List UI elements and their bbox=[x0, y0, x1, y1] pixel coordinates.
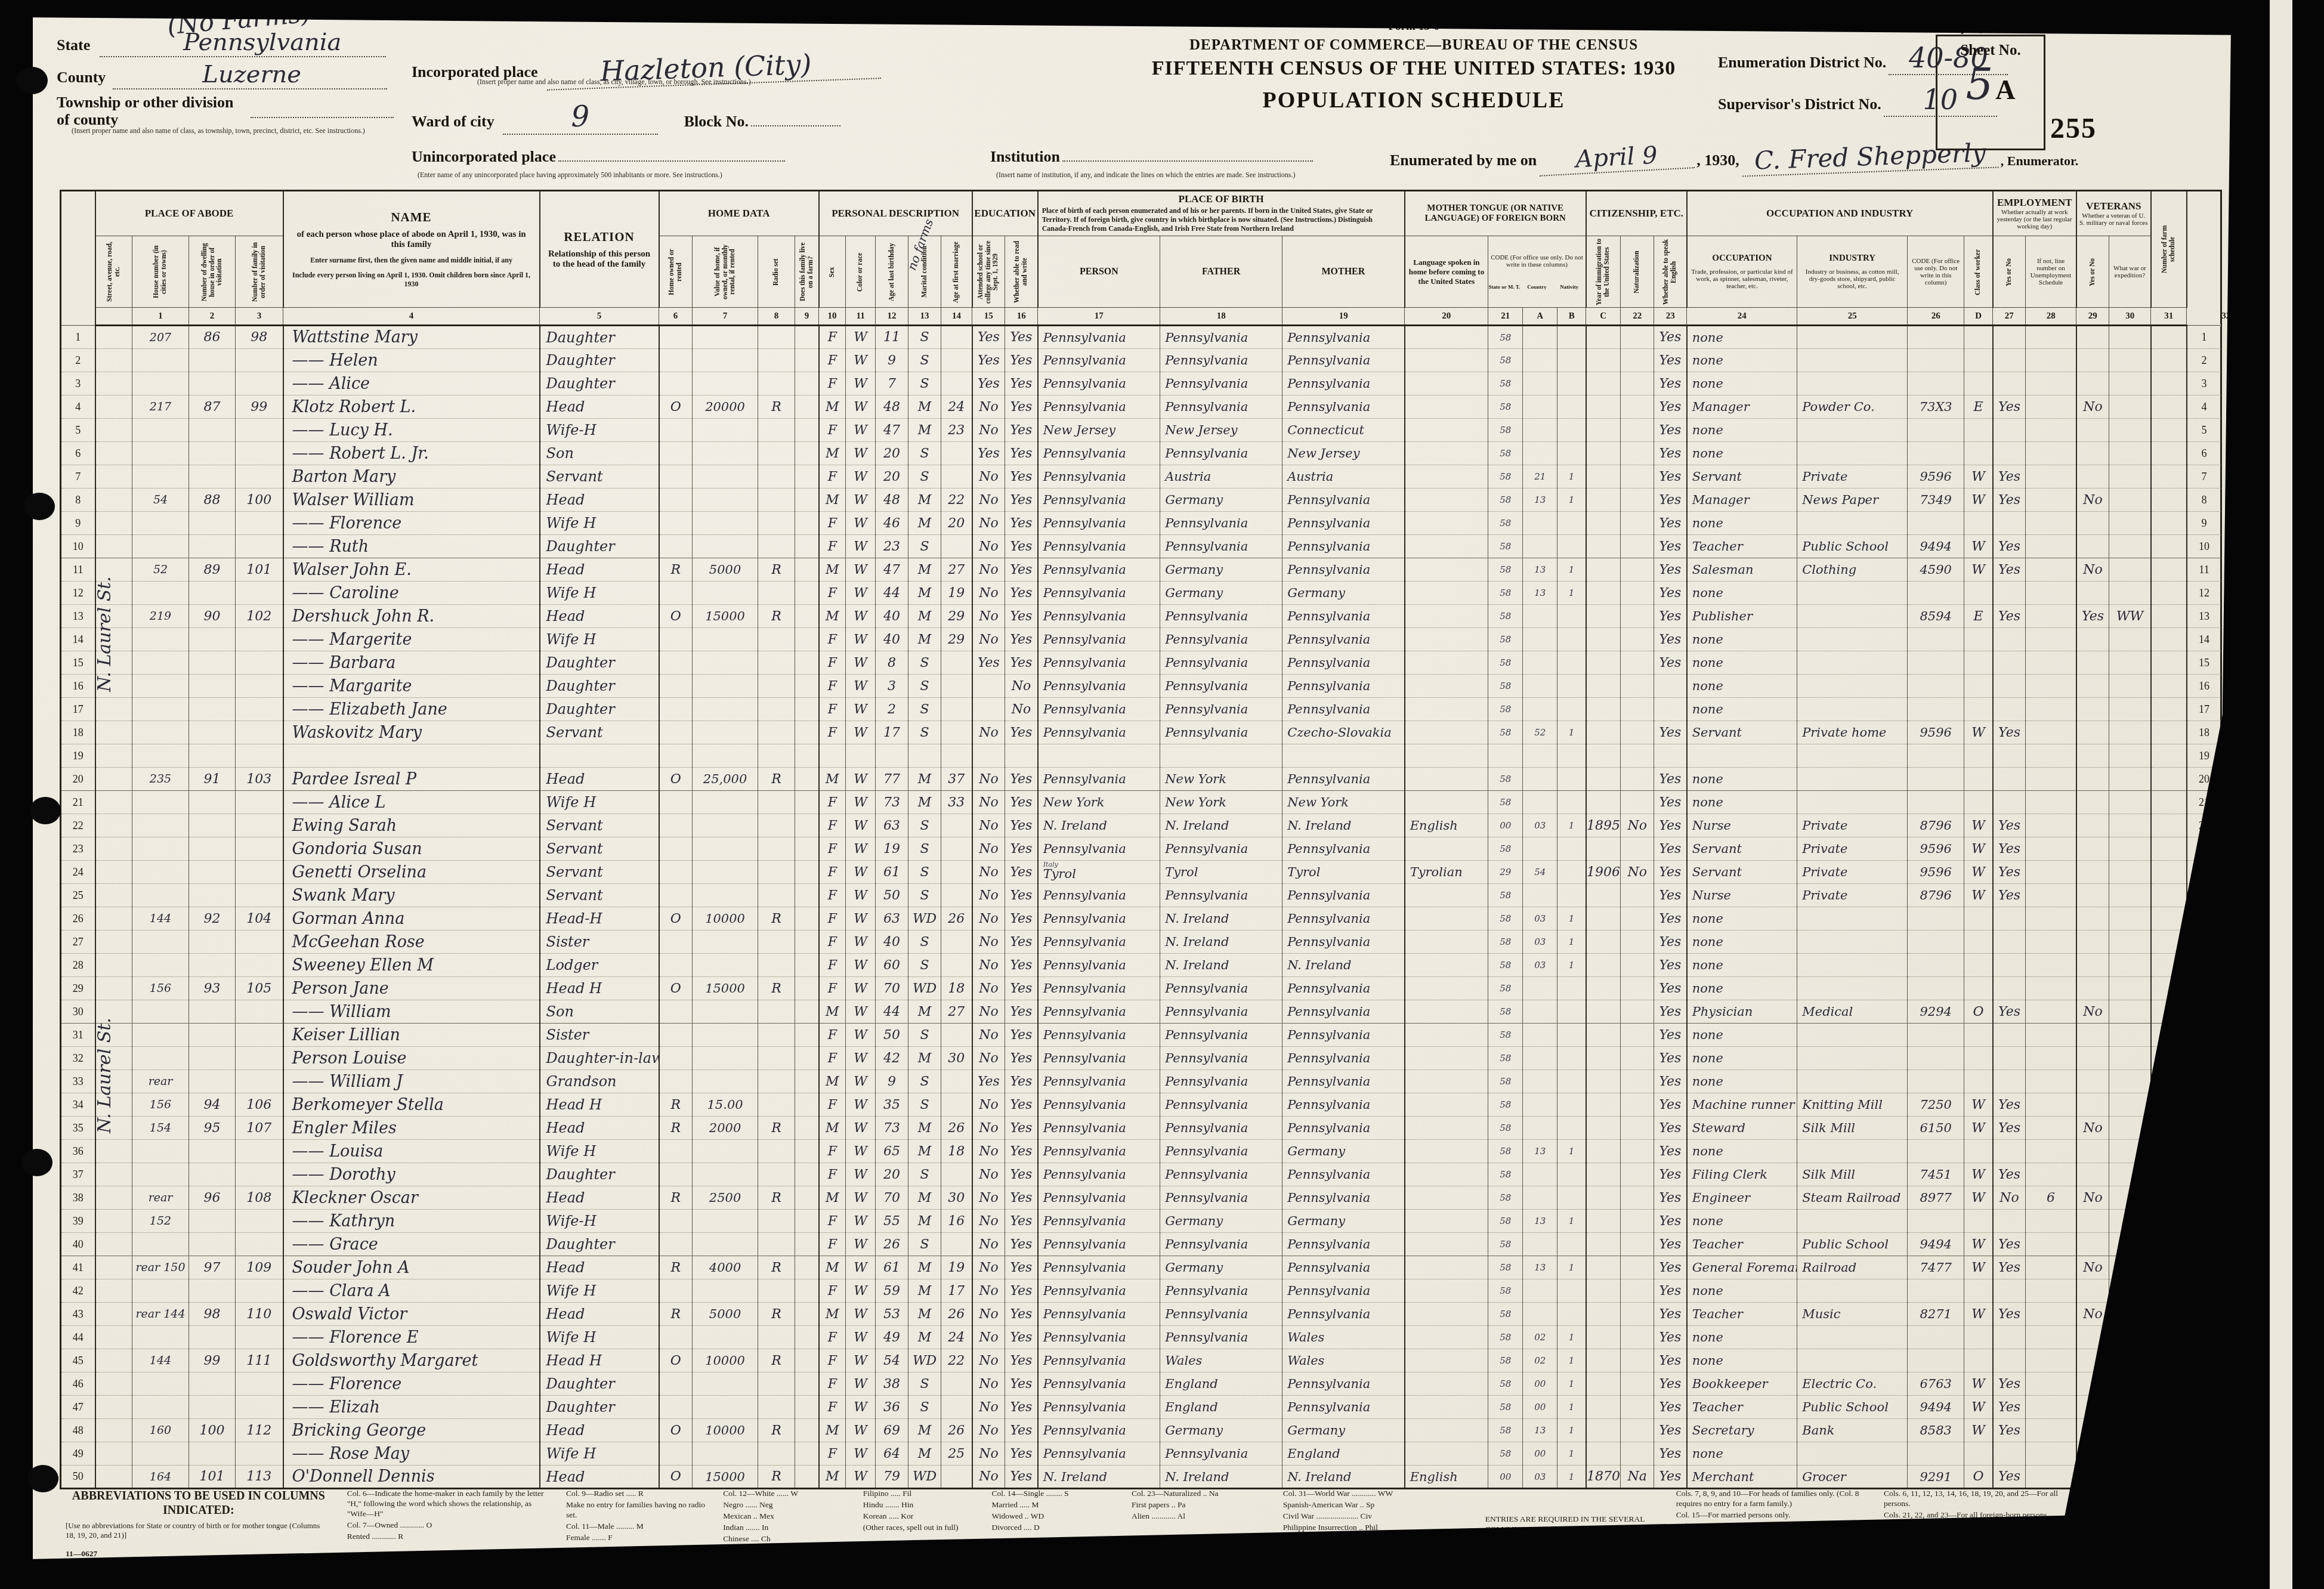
cell-rad bbox=[758, 721, 795, 744]
cell-bpp: Pennsylvania bbox=[1038, 1000, 1160, 1024]
cell-own bbox=[659, 651, 693, 675]
cell-imm bbox=[1586, 1070, 1621, 1093]
cell-bpf: Pennsylvania bbox=[1160, 605, 1282, 628]
cell-d bbox=[189, 1396, 236, 1419]
cell-cc bbox=[1557, 977, 1586, 1000]
cell-bpm: Wales bbox=[1282, 1349, 1405, 1372]
cell-w bbox=[1993, 1279, 2026, 1303]
cell-w: Yes bbox=[1993, 1256, 2026, 1279]
cell-bpm: Pennsylvania bbox=[1282, 326, 1405, 349]
table-row: 23Gondoria SusanServantFW19SNoYesPennsyl… bbox=[61, 837, 2221, 861]
cell-age: 40 bbox=[876, 628, 908, 651]
cell-ca: 58 bbox=[1488, 1117, 1523, 1140]
cell-cc: 1 bbox=[1557, 954, 1586, 977]
cell-eng: Yes bbox=[1654, 372, 1687, 395]
cell-imm bbox=[1586, 907, 1621, 930]
line-number: 2 bbox=[61, 349, 95, 372]
cell-w bbox=[1993, 628, 2026, 651]
cell-h: 144 bbox=[132, 1349, 189, 1372]
cell-sch: No bbox=[972, 1396, 1005, 1419]
cell-eng: Yes bbox=[1654, 1442, 1687, 1466]
cell-ind bbox=[1797, 1349, 1908, 1372]
cell-n: —— Elizabeth Jane bbox=[283, 698, 540, 721]
cell-bpm: Pennsylvania bbox=[1282, 1233, 1405, 1256]
cell-cls bbox=[1964, 349, 1993, 372]
cell-imm bbox=[1586, 1303, 1621, 1326]
cell-vet bbox=[2076, 372, 2109, 395]
cell-cb bbox=[1523, 628, 1557, 651]
col-class-of-worker-header: Class of worker bbox=[1964, 236, 1993, 308]
cell-lang bbox=[1405, 535, 1488, 558]
cell-imm bbox=[1586, 628, 1621, 651]
cell-sch: No bbox=[972, 1233, 1005, 1256]
cell-age: 49 bbox=[876, 1326, 908, 1349]
col-occupation-header: OCCUPATION Trade, profession, or particu… bbox=[1687, 236, 1797, 308]
cell-cls bbox=[1964, 744, 1993, 768]
cell-age: 69 bbox=[876, 1419, 908, 1442]
col-age-header: Age at last birthday bbox=[876, 236, 908, 308]
cell-bpf: New York bbox=[1160, 768, 1282, 791]
cell-rw: Yes bbox=[1005, 1210, 1038, 1233]
cell-w: Yes bbox=[1993, 884, 2026, 907]
cell-sch: No bbox=[972, 558, 1005, 582]
cell-age: 9 bbox=[876, 1070, 908, 1093]
cell-rw: Yes bbox=[1005, 1419, 1038, 1442]
cell-street bbox=[95, 1419, 132, 1442]
cell-cc: 1 bbox=[1557, 1326, 1586, 1349]
hole-punch bbox=[30, 797, 61, 824]
table-row: 40—— GraceDaughterFW26SNoYesPennsylvania… bbox=[61, 1233, 2221, 1256]
cell-n: —— Robert L. Jr. bbox=[283, 442, 540, 465]
column-number: 29 bbox=[2076, 308, 2109, 326]
cell-u bbox=[2026, 628, 2076, 651]
cell-own bbox=[659, 419, 693, 442]
cell-rad bbox=[758, 1093, 795, 1117]
cell-cls: W bbox=[1964, 465, 1993, 489]
cell-occ: none bbox=[1687, 419, 1797, 442]
cell-age: 65 bbox=[876, 1140, 908, 1163]
cell-cls bbox=[1964, 628, 1993, 651]
cell-own bbox=[659, 628, 693, 651]
cell-f bbox=[236, 419, 283, 442]
cell-rw: Yes bbox=[1005, 628, 1038, 651]
cell-w: Yes bbox=[1993, 535, 2026, 558]
cell-n: Berkomeyer Stella bbox=[283, 1093, 540, 1117]
cell-rad bbox=[758, 675, 795, 698]
note-line: First papers .. Pa bbox=[1132, 1500, 1268, 1510]
cell-mar: S bbox=[908, 1163, 941, 1186]
cell-farm bbox=[795, 744, 819, 768]
cell-val bbox=[693, 349, 758, 372]
cell-eng: Yes bbox=[1654, 954, 1687, 977]
cell-nat bbox=[1621, 1093, 1654, 1117]
cell-eng: Yes bbox=[1654, 1419, 1687, 1442]
cell-mar: S bbox=[908, 465, 941, 489]
cell-code bbox=[1908, 675, 1964, 698]
line-number: 29 bbox=[61, 977, 95, 1000]
cell-mar: S bbox=[908, 954, 941, 977]
cell-bpm: Czecho-Slovakia bbox=[1282, 721, 1405, 744]
cell-rw bbox=[1005, 744, 1038, 768]
cell-lang bbox=[1405, 512, 1488, 535]
group-education: EDUCATION bbox=[972, 191, 1038, 236]
cell-w: Yes bbox=[1993, 465, 2026, 489]
cell-cls bbox=[1964, 1140, 1993, 1163]
cell-d bbox=[189, 1000, 236, 1024]
cell-ca: 58 bbox=[1488, 465, 1523, 489]
line-number: 44 bbox=[61, 1326, 95, 1349]
cell-race: W bbox=[846, 1442, 876, 1466]
cell-age: 70 bbox=[876, 1186, 908, 1210]
cell-sch: Yes bbox=[972, 442, 1005, 465]
cell-war bbox=[2109, 535, 2151, 558]
cell-ind: Railroad bbox=[1797, 1256, 1908, 1279]
note-line: Divorced .... D bbox=[991, 1523, 1116, 1533]
line-number: 8 bbox=[2187, 489, 2221, 512]
cell-ca: 58 bbox=[1488, 675, 1523, 698]
cell-bpf: Pennsylvania bbox=[1160, 1233, 1282, 1256]
col-farm-schedule-header: Number of farm schedule bbox=[2151, 191, 2187, 308]
cell-lang bbox=[1405, 1093, 1488, 1117]
cell-farm bbox=[795, 1186, 819, 1210]
cell-w: Yes bbox=[1993, 489, 2026, 512]
cell-rel: Wife H bbox=[540, 628, 659, 651]
cell-u bbox=[2026, 861, 2076, 884]
group-mother-tongue: MOTHER TONGUE (OR NATIVE LANGUAGE) OF FO… bbox=[1405, 191, 1586, 236]
cell-cb: 00 bbox=[1523, 1442, 1557, 1466]
cell-lang bbox=[1405, 1233, 1488, 1256]
cell-rel: Daughter bbox=[540, 349, 659, 372]
cell-w bbox=[1993, 1326, 2026, 1349]
cell-cc: 1 bbox=[1557, 489, 1586, 512]
cell-w: Yes bbox=[1993, 1303, 2026, 1326]
cell-bpf: Germany bbox=[1160, 489, 1282, 512]
cell-own bbox=[659, 326, 693, 349]
cell-farm bbox=[795, 1233, 819, 1256]
cell-cc bbox=[1557, 535, 1586, 558]
cell-f: 104 bbox=[236, 907, 283, 930]
cell-am: 22 bbox=[941, 489, 972, 512]
cell-race: W bbox=[846, 1140, 876, 1163]
cell-cb bbox=[1523, 1233, 1557, 1256]
cell-farm bbox=[795, 1442, 819, 1466]
cell-bpm: N. Ireland bbox=[1282, 954, 1405, 977]
cell-sch: No bbox=[972, 1024, 1005, 1047]
cell-u bbox=[2026, 791, 2076, 814]
cell-am bbox=[941, 884, 972, 907]
table-row: 38rear96108Kleckner OscarHeadR2500RMW70M… bbox=[61, 1186, 2221, 1210]
cell-ind: Powder Co. bbox=[1797, 395, 1908, 419]
cell-ca bbox=[1488, 744, 1523, 768]
cell-war bbox=[2109, 837, 2151, 861]
cell-imm bbox=[1586, 1024, 1621, 1047]
cell-own bbox=[659, 791, 693, 814]
cell-occ: Teacher bbox=[1687, 1303, 1797, 1326]
cell-n: Pardee Isreal P bbox=[283, 768, 540, 791]
cell-u bbox=[2026, 1279, 2076, 1303]
cell-am: 23 bbox=[941, 419, 972, 442]
cell-bpp: Pennsylvania bbox=[1038, 442, 1160, 465]
cell-am: 16 bbox=[941, 1210, 972, 1233]
cell-eng: Yes bbox=[1654, 1233, 1687, 1256]
line-number: 48 bbox=[61, 1419, 95, 1442]
cell-lang bbox=[1405, 1186, 1488, 1210]
cell-rad bbox=[758, 837, 795, 861]
cell-u bbox=[2026, 1372, 2076, 1396]
cell-vet bbox=[2076, 419, 2109, 442]
institution-row: Institution bbox=[990, 148, 1313, 166]
cell-h bbox=[132, 884, 189, 907]
institution-line bbox=[1062, 160, 1313, 162]
note-line: Negro ...... Neg bbox=[723, 1500, 848, 1510]
cell-eng: Yes bbox=[1654, 1372, 1687, 1396]
cell-bpm: New Jersey bbox=[1282, 442, 1405, 465]
cell-bpf: Pennsylvania bbox=[1160, 1279, 1282, 1303]
cell-cls bbox=[1964, 768, 1993, 791]
cell-ca: 58 bbox=[1488, 1419, 1523, 1442]
cell-f bbox=[236, 372, 283, 395]
table-row: 4514499111Goldsworthy MargaretHead HO100… bbox=[61, 1349, 2221, 1372]
cell-occ: Steward bbox=[1687, 1117, 1797, 1140]
cell-rad bbox=[758, 372, 795, 395]
cell-race: W bbox=[846, 512, 876, 535]
cell-occ: none bbox=[1687, 1070, 1797, 1093]
cell-occ: Filing Clerk bbox=[1687, 1163, 1797, 1186]
cell-own bbox=[659, 698, 693, 721]
cell-rw: Yes bbox=[1005, 349, 1038, 372]
cell-bpp: Pennsylvania bbox=[1038, 535, 1160, 558]
cell-age: 40 bbox=[876, 930, 908, 954]
cell-race: W bbox=[846, 1070, 876, 1093]
cell-rad: R bbox=[758, 907, 795, 930]
cell-imm bbox=[1586, 1419, 1621, 1442]
cell-street bbox=[95, 1186, 132, 1210]
cell-imm bbox=[1586, 1186, 1621, 1210]
cell-rw: Yes bbox=[1005, 791, 1038, 814]
cell-nat bbox=[1621, 1000, 1654, 1024]
column-number: 23 bbox=[1654, 308, 1687, 326]
cell-race: W bbox=[846, 489, 876, 512]
cell-cb bbox=[1523, 419, 1557, 442]
cell-rad bbox=[758, 1396, 795, 1419]
cell-street bbox=[95, 1256, 132, 1279]
cell-farm bbox=[795, 395, 819, 419]
cell-rw: Yes bbox=[1005, 954, 1038, 977]
cell-nat bbox=[1621, 395, 1654, 419]
cell-eng: Yes bbox=[1654, 512, 1687, 535]
cell-mar: S bbox=[908, 651, 941, 675]
cell-vet bbox=[2076, 442, 2109, 465]
cell-bpp: Pennsylvania bbox=[1038, 1070, 1160, 1093]
cell-rad: R bbox=[758, 1117, 795, 1140]
cell-war bbox=[2109, 721, 2151, 744]
cell-farm bbox=[795, 1256, 819, 1279]
cell-rel: Daughter bbox=[540, 1233, 659, 1256]
cell-race: W bbox=[846, 349, 876, 372]
cell-sex: M bbox=[819, 489, 846, 512]
cell-am: 33 bbox=[941, 791, 972, 814]
column-number: D bbox=[1964, 308, 1993, 326]
col-house-number-header: House number (in cities or towns) bbox=[132, 236, 189, 308]
cell-nat bbox=[1621, 1396, 1654, 1419]
unincorporated-label: Unincorporated place bbox=[412, 148, 556, 165]
cell-cc bbox=[1557, 1117, 1586, 1140]
cell-bpf: Pennsylvania bbox=[1160, 395, 1282, 419]
cell-mar: M bbox=[908, 1303, 941, 1326]
cell-race: W bbox=[846, 535, 876, 558]
cell-sch: No bbox=[972, 907, 1005, 930]
cell-eng: Yes bbox=[1654, 1093, 1687, 1117]
cell-val bbox=[693, 1326, 758, 1349]
column-number: 13 bbox=[908, 308, 941, 326]
cell-am bbox=[941, 675, 972, 698]
cell-bpf: Germany bbox=[1160, 558, 1282, 582]
cell-race: W bbox=[846, 628, 876, 651]
line-number: 22 bbox=[61, 814, 95, 837]
cell-d: 93 bbox=[189, 977, 236, 1000]
cell-mar: M bbox=[908, 419, 941, 442]
cell-h bbox=[132, 791, 189, 814]
table-row: 3515495107Engler MilesHeadR2000RMW73M26N… bbox=[61, 1117, 2221, 1140]
cell-rel: Daughter bbox=[540, 372, 659, 395]
col-code-state-header: State or M. T. bbox=[1488, 284, 1521, 290]
enumerator-suffix: , Enumerator. bbox=[2001, 153, 2079, 168]
cell-ca: 58 bbox=[1488, 1070, 1523, 1093]
cell-h bbox=[132, 1372, 189, 1396]
group-occupation-industry: OCCUPATION AND INDUSTRY bbox=[1687, 191, 1993, 236]
cell-h: 164 bbox=[132, 1466, 189, 1489]
cell-farm bbox=[795, 512, 819, 535]
cell-cc: 1 bbox=[1557, 1140, 1586, 1163]
cell-farm bbox=[795, 1140, 819, 1163]
cell-sch bbox=[972, 675, 1005, 698]
cell-rad bbox=[758, 582, 795, 605]
cell-imm bbox=[1586, 442, 1621, 465]
cell-w bbox=[1993, 675, 2026, 698]
cell-rw: Yes bbox=[1005, 1047, 1038, 1070]
cell-sch: No bbox=[972, 861, 1005, 884]
line-number: 25 bbox=[61, 884, 95, 907]
cell-eng: Yes bbox=[1654, 395, 1687, 419]
cell-bpf: Germany bbox=[1160, 1256, 1282, 1279]
cell-mar: M bbox=[908, 605, 941, 628]
cell-farm bbox=[795, 954, 819, 977]
cell-n: —— Margarite bbox=[283, 675, 540, 698]
table-row: 15—— BarbaraDaughterFW8SYesYesPennsylvan… bbox=[61, 651, 2221, 675]
line-number: 9 bbox=[2187, 512, 2221, 535]
cell-w bbox=[1993, 791, 2026, 814]
cell-sex: M bbox=[819, 1000, 846, 1024]
cell-ind bbox=[1797, 326, 1908, 349]
cell-cls bbox=[1964, 907, 1993, 930]
cell-ca: 58 bbox=[1488, 605, 1523, 628]
table-body: 12078698Wattstine MaryDaughterFW11SYesYe… bbox=[61, 326, 2221, 1489]
cell-ind: News Paper bbox=[1797, 489, 1908, 512]
cell-val bbox=[693, 675, 758, 698]
cell-cb: 02 bbox=[1523, 1349, 1557, 1372]
cell-f bbox=[236, 954, 283, 977]
cell-sch: No bbox=[972, 582, 1005, 605]
line-number: 40 bbox=[61, 1233, 95, 1256]
cell-nat bbox=[1621, 1140, 1654, 1163]
cell-d bbox=[189, 675, 236, 698]
cell-val bbox=[693, 489, 758, 512]
cell-occ: Servant bbox=[1687, 861, 1797, 884]
cell-f bbox=[236, 1442, 283, 1466]
cell-sex: F bbox=[819, 535, 846, 558]
cell-fs bbox=[2151, 349, 2187, 372]
cell-h bbox=[132, 675, 189, 698]
cell-f: 105 bbox=[236, 977, 283, 1000]
cell-bpp: Pennsylvania bbox=[1038, 628, 1160, 651]
cell-u bbox=[2026, 1256, 2076, 1279]
cell-vet bbox=[2076, 1140, 2109, 1163]
cell-cc: 1 bbox=[1557, 907, 1586, 930]
cell-bpf: Wales bbox=[1160, 1349, 1282, 1372]
cell-sch: No bbox=[972, 1326, 1005, 1349]
cell-bpp: Pennsylvania bbox=[1038, 1047, 1160, 1070]
cell-own: R bbox=[659, 1303, 693, 1326]
cell-code: 9596 bbox=[1908, 861, 1964, 884]
cell-h: rear bbox=[132, 1070, 189, 1093]
cell-bpp: Pennsylvania bbox=[1038, 1163, 1160, 1186]
cell-war: WW bbox=[2109, 605, 2151, 628]
line-number: 16 bbox=[2187, 675, 2221, 698]
cell-vet bbox=[2076, 1163, 2109, 1186]
note-line: Spanish-American War .. Sp bbox=[1283, 1500, 1470, 1510]
cell-lang bbox=[1405, 419, 1488, 442]
cell-own: O bbox=[659, 907, 693, 930]
cell-code bbox=[1908, 744, 1964, 768]
cell-w: Yes bbox=[1993, 395, 2026, 419]
cell-sch: No bbox=[972, 1140, 1005, 1163]
cell-rel: Wife H bbox=[540, 1326, 659, 1349]
cell-sch: No bbox=[972, 395, 1005, 419]
cell-eng: Yes bbox=[1654, 977, 1687, 1000]
cell-rel: Head bbox=[540, 605, 659, 628]
cell-sex: F bbox=[819, 1326, 846, 1349]
cell-war bbox=[2109, 512, 2151, 535]
cell-code bbox=[1908, 1442, 1964, 1466]
cell-lang bbox=[1405, 465, 1488, 489]
cell-f bbox=[236, 791, 283, 814]
cell-bpm: Connecticut bbox=[1282, 419, 1405, 442]
note-line: Col. 31—World War ............ WW bbox=[1283, 1489, 1470, 1499]
table-row: 3415694106Berkomeyer StellaHead HR15.00F… bbox=[61, 1093, 2221, 1117]
cell-u bbox=[2026, 814, 2076, 837]
cell-ind bbox=[1797, 977, 1908, 1000]
line-number: 33 bbox=[61, 1070, 95, 1093]
cell-rel: Servant bbox=[540, 721, 659, 744]
cell-rel: Head H bbox=[540, 1093, 659, 1117]
cell-w bbox=[1993, 744, 2026, 768]
cell-u bbox=[2026, 535, 2076, 558]
cell-vet bbox=[2076, 930, 2109, 954]
cell-nat bbox=[1621, 535, 1654, 558]
cell-lang bbox=[1405, 1279, 1488, 1303]
cell-am bbox=[941, 1163, 972, 1186]
cell-vet bbox=[2076, 1210, 2109, 1233]
cell-am: 27 bbox=[941, 558, 972, 582]
cell-am: 37 bbox=[941, 768, 972, 791]
col-birthplace-person-header: PERSON bbox=[1038, 236, 1160, 308]
cell-ca: 58 bbox=[1488, 558, 1523, 582]
cell-rad bbox=[758, 349, 795, 372]
cell-ind bbox=[1797, 1070, 1908, 1093]
cell-rw: Yes bbox=[1005, 465, 1038, 489]
cell-mar bbox=[908, 744, 941, 768]
line-number: 9 bbox=[61, 512, 95, 535]
